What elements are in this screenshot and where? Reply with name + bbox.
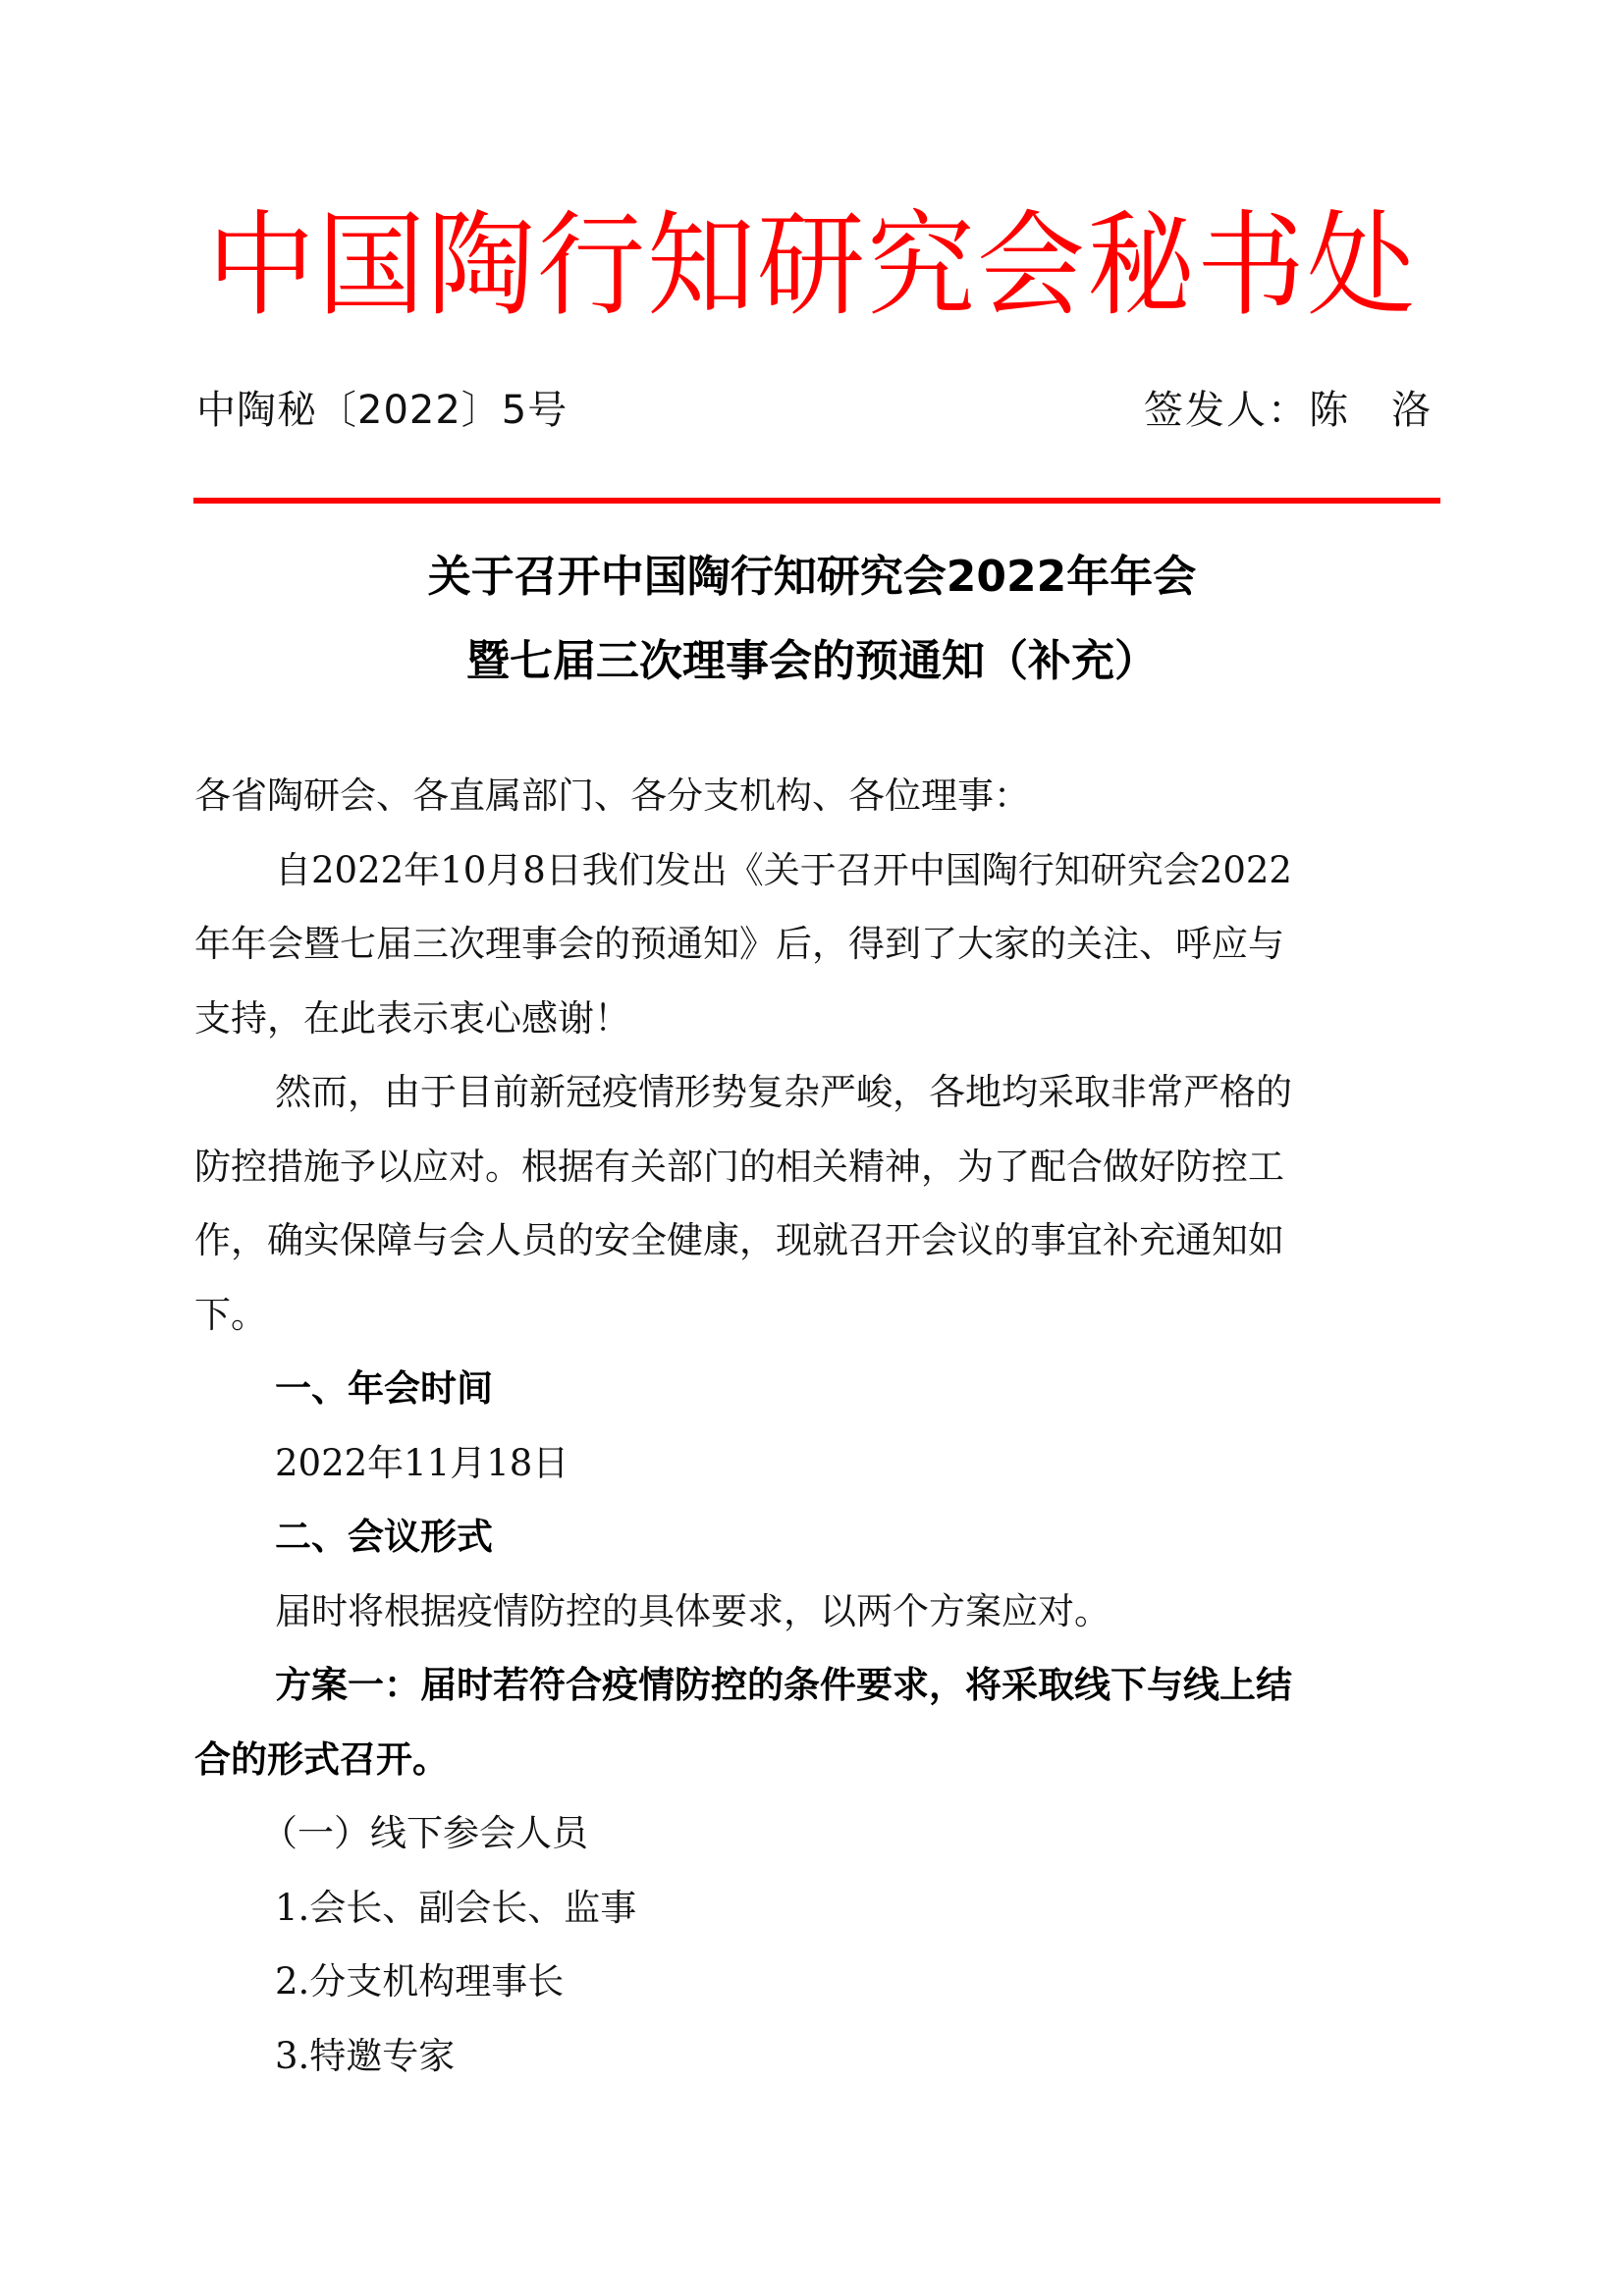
paragraph-2-line-3: 作，确实保障与会人员的安全健康，现就召开会议的事宜补充通知如 (194, 1203, 1439, 1278)
paragraph-2-line-1: 然而，由于目前新冠疫情形势复杂严峻，各地均采取非常严格的 (194, 1055, 1439, 1130)
section-1-heading: 一、年会时间 (194, 1352, 1439, 1426)
paragraph-1-line-3: 支持，在此表示衷心感谢！ (194, 982, 1439, 1056)
paragraph-1-line-2: 年年会暨七届三次理事会的预通知》后，得到了大家的关注、呼应与 (194, 907, 1439, 982)
document-body: 各省陶研会、各直属部门、各分支机构、各位理事： 自2022年10月8日我们发出《… (194, 759, 1439, 2093)
paragraph-2-line-4: 下。 (194, 1278, 1439, 1353)
section-2-heading: 二、会议形式 (194, 1500, 1439, 1575)
signer-name: 陈 洛 (1309, 388, 1433, 433)
list-item: 2.分支机构理事长 (194, 1945, 1439, 2019)
document-title-line-2: 暨七届三次理事会的预通知（补充） (0, 634, 1624, 689)
masthead-title: 中国陶行知研究会秘书处 (0, 198, 1624, 333)
list-item: 1.会长、副会长、监事 (194, 1871, 1439, 1946)
document-number: 中陶秘〔2022〕5号 (196, 385, 568, 436)
document-title-line-1: 关于召开中国陶行知研究会2022年年会 (0, 550, 1624, 605)
section-2-content: 届时将根据疫情防控的具体要求，以两个方案应对。 (194, 1575, 1439, 1649)
red-divider-rule (193, 498, 1440, 504)
document-page: 中国陶行知研究会秘书处 中陶秘〔2022〕5号 签发人：陈 洛 关于召开中国陶行… (0, 0, 1624, 2296)
plan-1-line-2: 合的形式召开。 (194, 1723, 1439, 1797)
signer-label: 签发人： (1144, 388, 1309, 433)
salutation: 各省陶研会、各直属部门、各分支机构、各位理事： (194, 759, 1439, 833)
subsection-1-heading: （一）线下参会人员 (194, 1796, 1439, 1871)
paragraph-1-line-1: 自2022年10月8日我们发出《关于召开中国陶行知研究会2022 (194, 833, 1439, 908)
list-item: 3.特邀专家 (194, 2019, 1439, 2094)
section-1-content: 2022年11月18日 (194, 1426, 1439, 1501)
plan-1-line-1: 方案一：届时若符合疫情防控的条件要求，将采取线下与线上结 (194, 1648, 1439, 1723)
signer: 签发人：陈 洛 (1144, 385, 1433, 436)
paragraph-2-line-2: 防控措施予以应对。根据有关部门的相关精神，为了配合做好防控工 (194, 1130, 1439, 1204)
